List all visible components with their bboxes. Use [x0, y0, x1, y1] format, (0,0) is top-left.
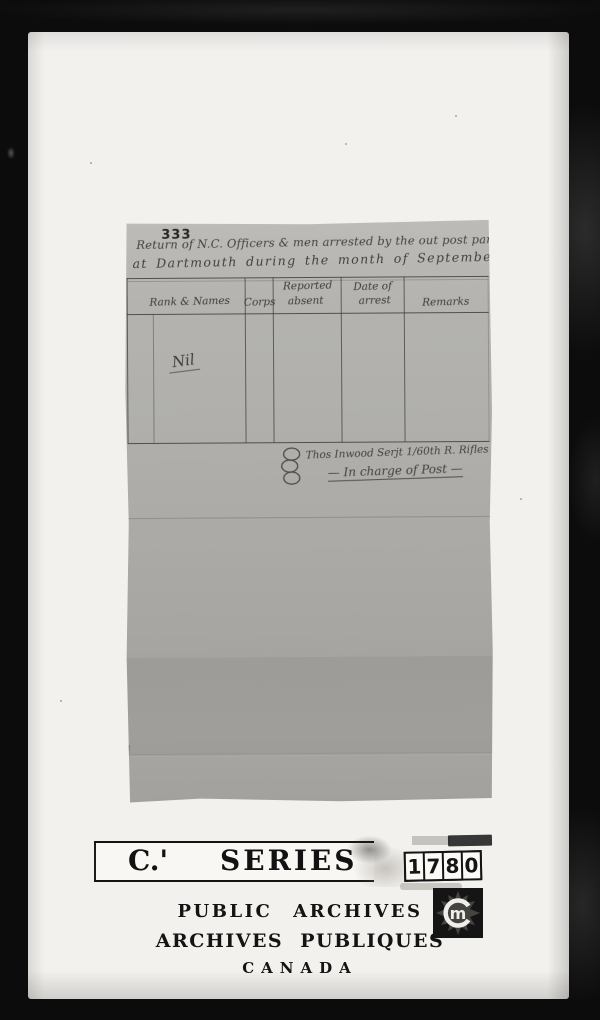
series-word-label: SERIES	[220, 844, 358, 877]
reel-number-tiles: 1 7 8 0	[404, 850, 483, 882]
column-header-corps: Corps	[243, 296, 277, 309]
org-name-english: PUBLIC ARCHIVES	[150, 901, 450, 922]
column-header-remarks: Remarks	[407, 295, 485, 309]
public-archives-canada-logo: m	[433, 888, 483, 938]
dust-speck	[520, 498, 522, 500]
dust-speck	[60, 700, 62, 702]
reel-digit: 7	[425, 853, 443, 879]
column-header-date-of-arrest: arrest	[345, 294, 405, 307]
table-line	[127, 278, 129, 443]
paper-fold-crease	[125, 516, 493, 520]
paper-tone-band	[126, 656, 495, 754]
table-line	[488, 276, 490, 441]
table-line	[128, 441, 490, 444]
reel-digit: 1	[406, 853, 424, 879]
org-country-label: CANADA	[200, 959, 400, 977]
signature-flourish-icon	[281, 445, 305, 493]
reel-digit: 0	[463, 852, 481, 878]
org-name-french: ARCHIVES PUBLIQUES	[130, 930, 470, 952]
series-label-strip: C.' SERIES	[94, 841, 374, 882]
table-line	[341, 277, 343, 442]
label-smudge	[412, 836, 450, 845]
table-line	[127, 312, 489, 315]
table-margin-line	[153, 314, 155, 443]
column-header-reported-absent: Reported	[275, 279, 339, 293]
dust-speck	[455, 115, 457, 117]
maple-leaf-monogram-icon: m	[433, 888, 483, 938]
column-header-reported-absent: absent	[274, 294, 338, 308]
handwritten-return-document: 333 Return of N.C. Officers & men arrest…	[123, 220, 495, 803]
microfilm-frame: 333 Return of N.C. Officers & men arrest…	[0, 0, 600, 1020]
dust-speck	[345, 143, 347, 145]
table-entry-nil: Nil	[167, 350, 200, 374]
label-smudge	[448, 835, 492, 847]
series-prefix-label: C.'	[128, 844, 168, 877]
column-header-date-of-arrest: Date of	[342, 280, 402, 293]
dust-speck	[90, 162, 92, 164]
reel-digit: 8	[444, 853, 462, 879]
monogram-letter: m	[450, 904, 467, 923]
signature-line-2: — In charge of Post —	[328, 461, 464, 482]
column-header-rank-names: Rank & Names	[138, 295, 242, 309]
signature-line-1: Thos Inwood Serjt 1/60th R. Rifles	[305, 443, 488, 461]
